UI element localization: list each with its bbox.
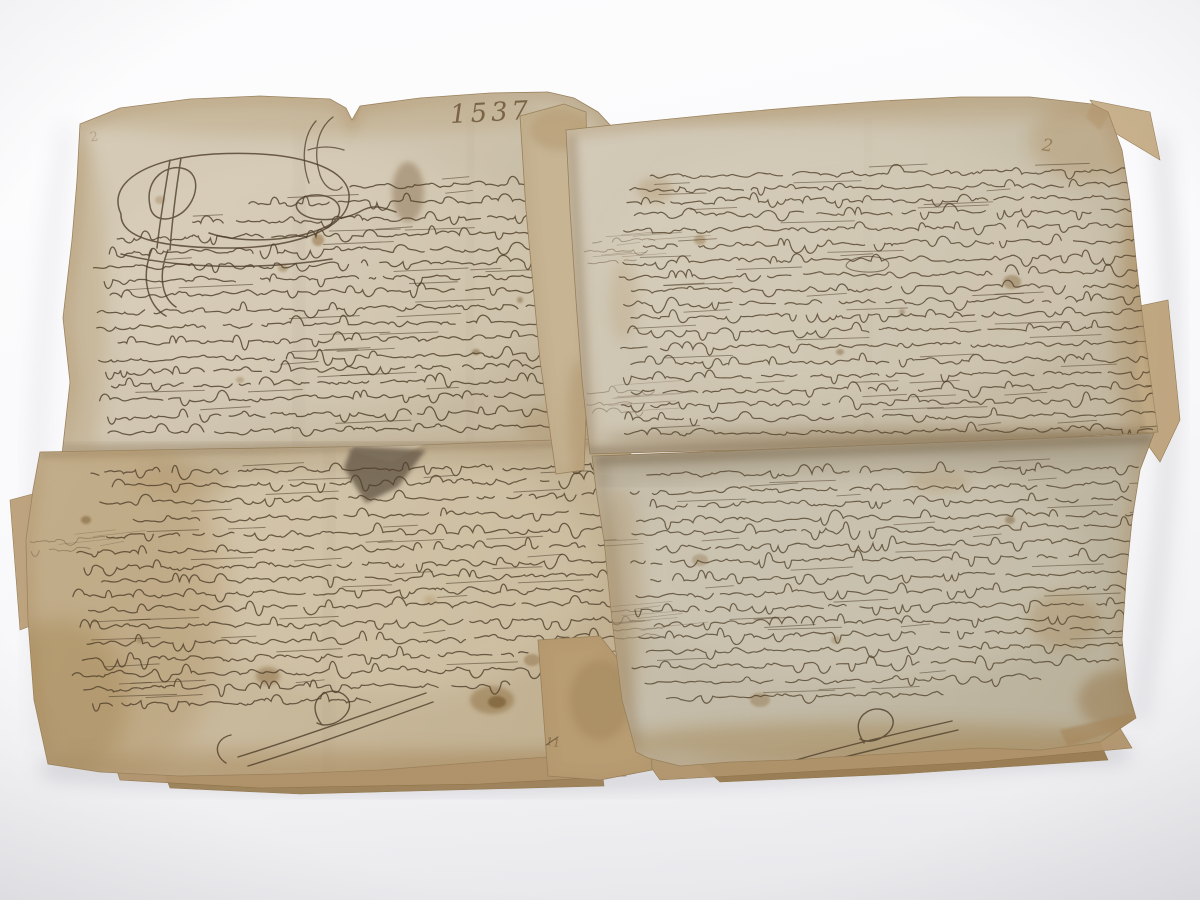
line-filler-stroke (1140, 521, 1200, 525)
stain (81, 516, 91, 524)
paper-sheen (630, 455, 1090, 685)
manuscript-scene (0, 0, 1200, 900)
stain (392, 162, 424, 222)
stain (60, 92, 540, 136)
stain (524, 654, 540, 666)
fold-crease (468, 118, 472, 446)
stain (580, 92, 1120, 124)
manuscript-photo: 1537 2 2 11 (0, 0, 1200, 900)
stain (517, 297, 523, 303)
line-filler-stroke (1168, 569, 1193, 571)
fold-crease (866, 120, 870, 440)
stain (692, 554, 708, 566)
right-leaf-lower-half (577, 433, 1200, 781)
right-leaf-upper-half (566, 92, 1200, 454)
stain (58, 140, 106, 460)
stain (836, 349, 844, 355)
stain (488, 696, 506, 708)
stain (1005, 516, 1015, 524)
stain (312, 234, 324, 246)
paper-sheen (610, 130, 1110, 400)
stain (236, 377, 244, 383)
